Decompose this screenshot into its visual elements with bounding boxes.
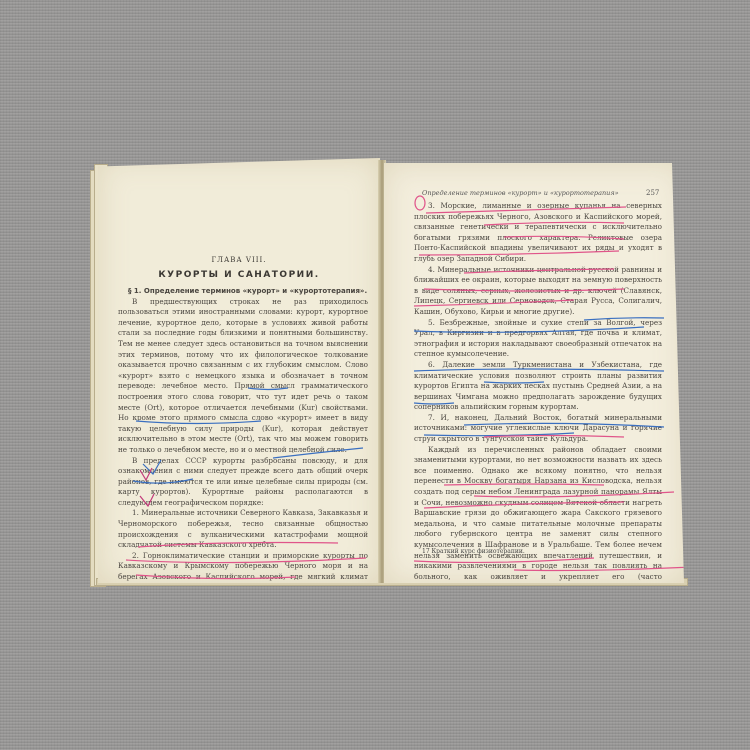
left-page: ГЛАВА VIII. КУРОРТЫ И САНАТОРИИ. § 1. Оп… <box>98 158 380 583</box>
running-header: Определение терминов «курорт» и «курорто… <box>422 189 652 197</box>
paragraph: Каждый из перечисленных районов обладает… <box>414 445 662 583</box>
page-number: 257 <box>646 189 659 197</box>
paragraph: 1. Минеральные источники Северного Кавка… <box>118 508 368 550</box>
paragraph: 7. И, наконец, Дальний Восток, богатый м… <box>414 413 662 445</box>
right-page-body: 3. Морские, лиманные и озерные купанья н… <box>414 201 662 583</box>
left-page-body: § 1. Определение терминов «курорт» и «ку… <box>118 286 368 583</box>
paragraph: 4. Минеральные источники центральной рус… <box>414 265 662 318</box>
chapter-number: ГЛАВА VIII. <box>98 256 380 264</box>
open-book: ГЛАВА VIII. КУРОРТЫ И САНАТОРИИ. § 1. Оп… <box>0 0 750 750</box>
paragraph: В предшествующих строках не раз приходил… <box>118 297 368 456</box>
paragraph: 2. Горноклиматические станции и приморск… <box>118 551 368 583</box>
paragraph: 5. Безбрежные, знойные и сухие степи за … <box>414 318 662 360</box>
footnote: 17 Краткий курс физиотерапии. <box>422 548 525 555</box>
paragraph: В пределах СССР курорты разбросаны повсю… <box>118 456 368 509</box>
chapter-title: КУРОРТЫ И САНАТОРИИ. <box>98 270 380 280</box>
paragraph: 3. Морские, лиманные и озерные купанья н… <box>414 201 662 265</box>
right-page: Определение терминов «курорт» и «курорто… <box>384 163 684 583</box>
section-heading: § 1. Определение терминов «курорт» и «ку… <box>118 286 368 297</box>
paragraph: 6. Далекие земли Туркменистана и Узбекис… <box>414 360 662 413</box>
